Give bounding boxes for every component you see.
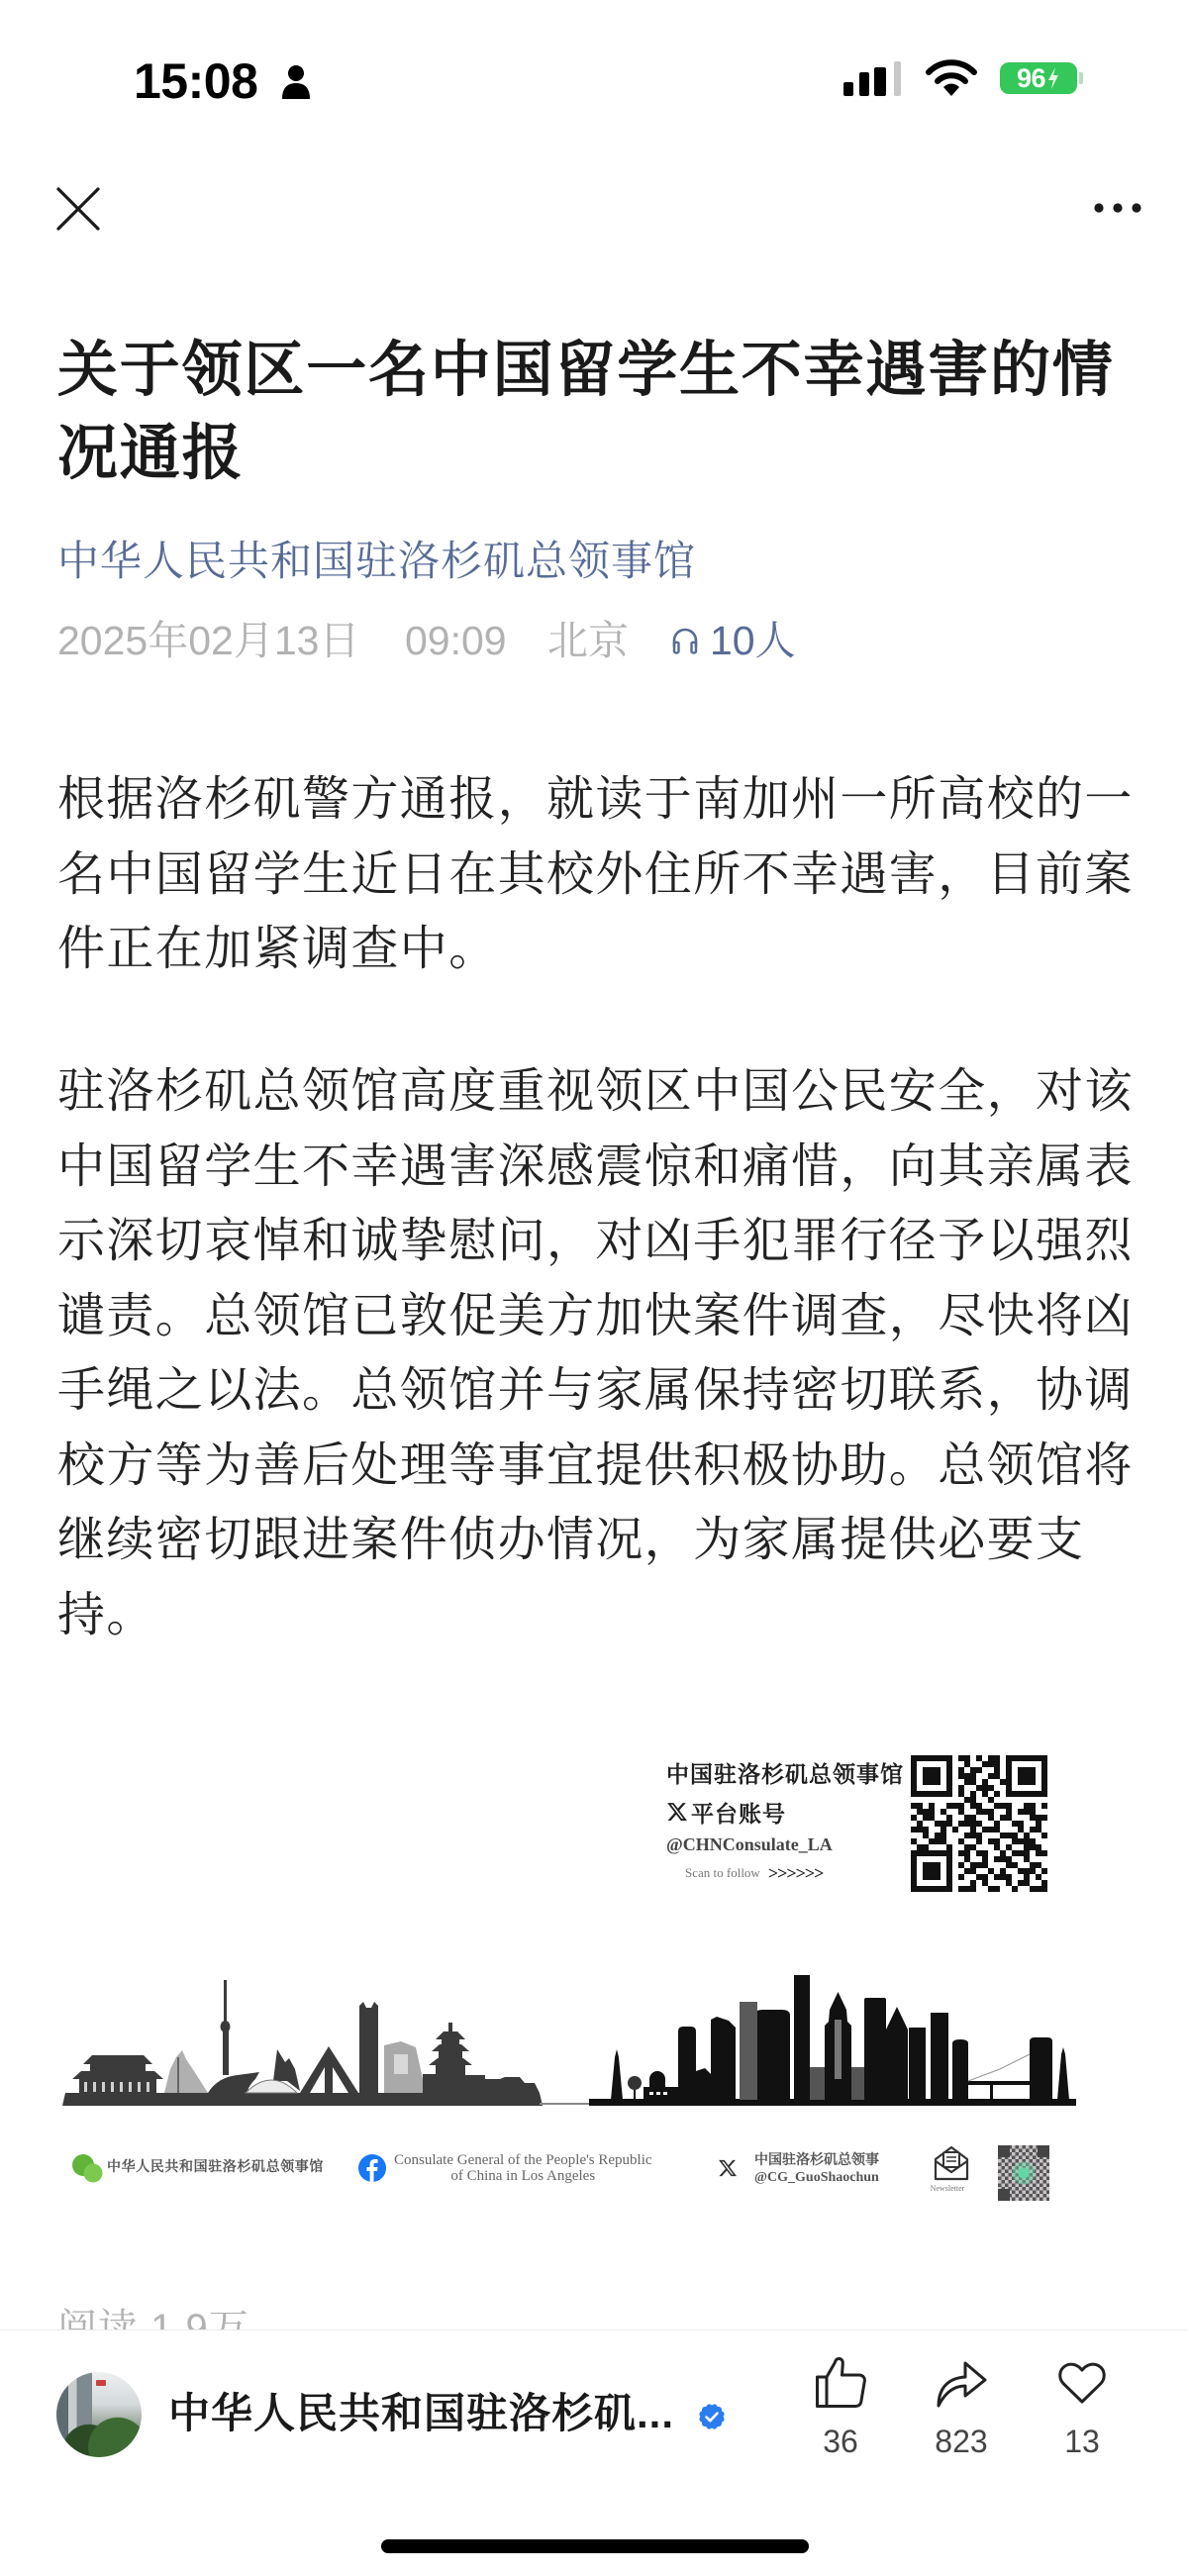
publish-date: 2025年02月13日 — [57, 611, 359, 670]
battery-level: 96 — [1017, 62, 1045, 94]
facebook-icon — [358, 2154, 386, 2182]
listener-count: 10人 — [710, 611, 796, 670]
favorite-button[interactable]: 13 — [1033, 2356, 1132, 2461]
paragraph-line: 驻洛杉矶总领馆高度重视领区中国公民安全，对该 — [57, 1054, 1156, 1130]
publish-time: 09:09 — [405, 611, 507, 670]
x-logo-icon — [718, 2156, 738, 2180]
battery-cap — [1079, 72, 1083, 84]
thumbs-up-icon — [814, 2356, 867, 2410]
paragraph-line: 手绳之以法。总领馆并与家属保持密切联系，协调 — [57, 1353, 1156, 1429]
qr-code-icon — [911, 1755, 1047, 1892]
qr-org-name: 中国驻洛杉矶总领事馆 — [666, 1760, 904, 1790]
share-count: 823 — [935, 2422, 987, 2461]
more-icon[interactable] — [1089, 196, 1146, 220]
close-icon[interactable] — [55, 186, 101, 232]
person-icon — [280, 63, 312, 101]
paragraph-line: 持。 — [57, 1578, 1156, 1653]
share-icon — [935, 2356, 988, 2410]
battery-indicator: 96 — [1000, 62, 1077, 94]
verified-badge-icon — [696, 2401, 728, 2432]
account-avatar[interactable] — [56, 2372, 142, 2457]
newsletter-icon — [933, 2143, 970, 2183]
qr-platform-line: 平台账号 — [666, 1797, 786, 1827]
headphone-icon — [669, 625, 701, 656]
author-link[interactable]: 中华人民共和国驻洛杉矶总领事馆 — [57, 532, 696, 591]
listen-button[interactable]: 10人 — [669, 611, 796, 670]
qr-cta: Scan to follow — [685, 1865, 760, 1881]
title-line: 关于领区一名中国留学生不幸遇害的情 — [57, 328, 1115, 411]
qr-handle: @CHNConsulate_LA — [666, 1833, 833, 1856]
social-x-label: 中国驻洛杉矶总领事 @CG_GuoShaochun — [754, 2152, 879, 2186]
article-title: 关于领区一名中国留学生不幸遇害的情 况通报 — [57, 328, 1115, 494]
qr-arrows: >>>>>> — [768, 1863, 824, 1884]
avatar-flag — [96, 2380, 106, 2386]
status-time: 15:08 — [134, 51, 257, 111]
charging-bolt-icon — [1046, 66, 1060, 90]
paragraph-line: 示深切哀悼和诚挚慰问，对凶手犯罪行径予以强烈 — [57, 1204, 1156, 1279]
newsletter-label: Newsletter — [923, 2184, 972, 2193]
heart-icon — [1055, 2356, 1109, 2410]
social-facebook-line: Consulate General of the People's Republ… — [394, 2152, 652, 2168]
title-line: 况通报 — [57, 411, 1115, 494]
mini-qr-code-icon — [998, 2145, 1049, 2201]
paragraph-line: 件正在加紧调查中。 — [57, 912, 1156, 987]
skyline-illustration — [0, 1960, 1188, 2119]
social-wechat-label: 中华人民共和国驻洛杉矶总领事馆 — [107, 2158, 324, 2178]
paragraph-line: 名中国留学生近日在其校外住所不幸遇害，目前案 — [57, 838, 1156, 913]
social-x-line: @CG_GuoShaochun — [754, 2169, 879, 2186]
wifi-icon — [924, 59, 979, 99]
signal-icon — [841, 59, 903, 97]
paragraph-line: 中国留学生不幸遇害深感震惊和痛惜，向其亲属表 — [57, 1130, 1156, 1205]
publish-location: 北京 — [547, 611, 629, 670]
wechat-icon — [71, 2153, 105, 2185]
paragraph-1: 根据洛杉矶警方通报，就读于南加州一所高校的一 名中国留学生近日在其校外住所不幸遇… — [57, 762, 1156, 987]
like-count: 36 — [823, 2422, 858, 2461]
favorite-count: 13 — [1064, 2422, 1100, 2461]
social-x-line: 中国驻洛杉矶总领事 — [754, 2152, 879, 2169]
qr-platform-label: 平台账号 — [691, 1796, 786, 1829]
paragraph-line: 继续密切跟进案件侦办情况，为家属提供必要支 — [57, 1503, 1156, 1578]
share-button[interactable]: 823 — [912, 2356, 1011, 2461]
x-logo-icon — [666, 1801, 688, 1823]
paragraph-line: 校方等为善后处理等事宜提供积极协助。总领馆将 — [57, 1429, 1156, 1504]
paragraph-2: 驻洛杉矶总领馆高度重视领区中国公民安全，对该 中国留学生不幸遇害深感震惊和痛惜，… — [57, 1054, 1156, 1652]
social-facebook-line: of China in Los Angeles — [394, 2168, 652, 2184]
like-button[interactable]: 36 — [791, 2356, 890, 2461]
paragraph-line: 谴责。总领馆已敦促美方加快案件调查，尽快将凶 — [57, 1279, 1156, 1354]
paragraph-line: 根据洛杉矶警方通报，就读于南加州一所高校的一 — [57, 762, 1156, 838]
home-indicator[interactable] — [381, 2539, 809, 2553]
account-name[interactable]: 中华人民共和国驻洛杉矶... — [168, 2384, 674, 2443]
social-facebook-label: Consulate General of the People's Republ… — [394, 2152, 652, 2184]
qr-scan-row: Scan to follow >>>>>> — [685, 1861, 823, 1885]
article-image[interactable]: 中国驻洛杉矶总领事馆 平台账号 @CHNConsulate_LA Scan to… — [57, 1733, 1131, 2218]
